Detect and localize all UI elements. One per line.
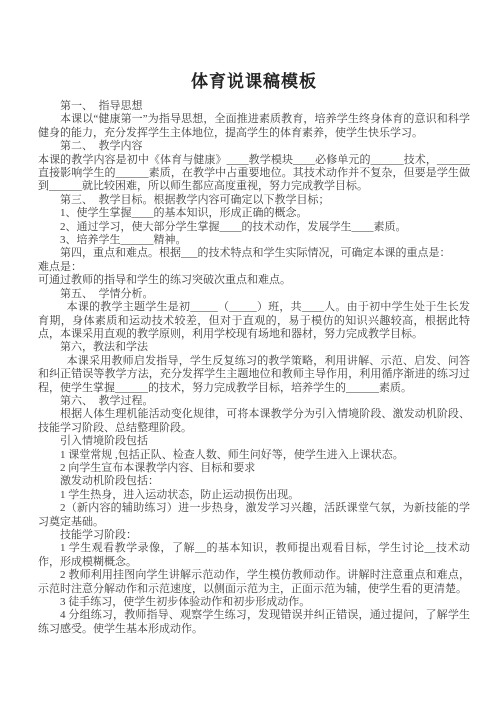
paragraph: 2（新内容的辅助练习）进一步热身，激发学习兴趣，活跃课堂气氛，为新技能的学习奠定… bbox=[38, 502, 470, 529]
paragraph: 2、通过学习，使大部分学生掌握____的技术动作，发展学生____素质。 bbox=[38, 221, 470, 234]
paragraph: 第五、 学情分析。 bbox=[38, 288, 470, 301]
paragraph: 激发动机阶段包括： bbox=[38, 475, 470, 488]
paragraph: 3、培养学生______精神。 bbox=[38, 234, 470, 247]
paragraph: 第三、 教学目标。根据教学内容可确定以下教学目标； bbox=[38, 194, 470, 207]
paragraph: 本课采用教师启发指导，学生反复练习的教学策略，利用讲解、示范、启发、问答和纠正错… bbox=[38, 355, 470, 395]
paragraph: 2 向学生宣布本课教学内容、目标和要求 bbox=[38, 462, 470, 475]
paragraph: 第二、 教学内容 bbox=[38, 140, 470, 153]
paragraph: 1 课堂常规 ,包括正队、检查人数、师生问好等，使学生进入上课状态。 bbox=[38, 449, 470, 462]
document-title: 体育说课稿模板 bbox=[38, 71, 470, 92]
paragraph: 难点是： bbox=[38, 261, 470, 274]
paragraph: 引入情境阶段包括 bbox=[38, 435, 470, 448]
paragraph: 1 学生热身，进入运动状态，防止运动损伤出现。 bbox=[38, 489, 470, 502]
paragraph: 第六，教法和学法 bbox=[38, 341, 470, 354]
paragraph: 1 学生观看教学录像，了解__的基本知识，教师提出观看目标，学生讨论__技术动作… bbox=[38, 542, 470, 569]
paragraph: 1、使学生掌握____的基本知识，形成正确的概念。 bbox=[38, 207, 470, 220]
paragraph: 2 教师利用挂图向学生讲解示范动作，学生模仿教师动作。讲解时注意重点和难点，示范… bbox=[38, 569, 470, 596]
paragraph: 第一、 指导思想 bbox=[38, 100, 470, 113]
paragraph: 本课的教学内容是初中《体育与健康》____教学模块____必修单元的______… bbox=[38, 154, 470, 194]
paragraph: 4 分组练习，教师指导、观察学生练习，发现错误并纠正错误，通过提问，了解学生练习… bbox=[38, 609, 470, 636]
paragraph: 根据人体生理机能活动变化规律，可将本课教学分为引入情境阶段、激发动机阶段、技能学… bbox=[38, 408, 470, 435]
document-body: 第一、 指导思想本课以“健康第一”为指导思想，全面推进素质教育，培养学生终身体育… bbox=[38, 100, 470, 636]
paragraph: 技能学习阶段： bbox=[38, 529, 470, 542]
paragraph: 可通过教师的指导和学生的练习突破次重点和难点。 bbox=[38, 274, 470, 287]
paragraph: 本课以“健康第一”为指导思想，全面推进素质教育，培养学生终身体育的意识和科学健身… bbox=[38, 113, 470, 140]
paragraph: 第四，重点和难点。根据___的技术特点和学生实际情况，可确定本课的重点是： bbox=[38, 247, 470, 260]
paragraph: 本课的教学主题学生是初_____（_____）班，共____人。由于初中学生处于… bbox=[38, 301, 470, 341]
paragraph: 3 徒手练习，使学生初步体验动作和初步形成动作。 bbox=[38, 596, 470, 609]
paragraph: 第六、 教学过程。 bbox=[38, 395, 470, 408]
document-page: 体育说课稿模板 第一、 指导思想本课以“健康第一”为指导思想，全面推进素质教育，… bbox=[0, 0, 500, 708]
